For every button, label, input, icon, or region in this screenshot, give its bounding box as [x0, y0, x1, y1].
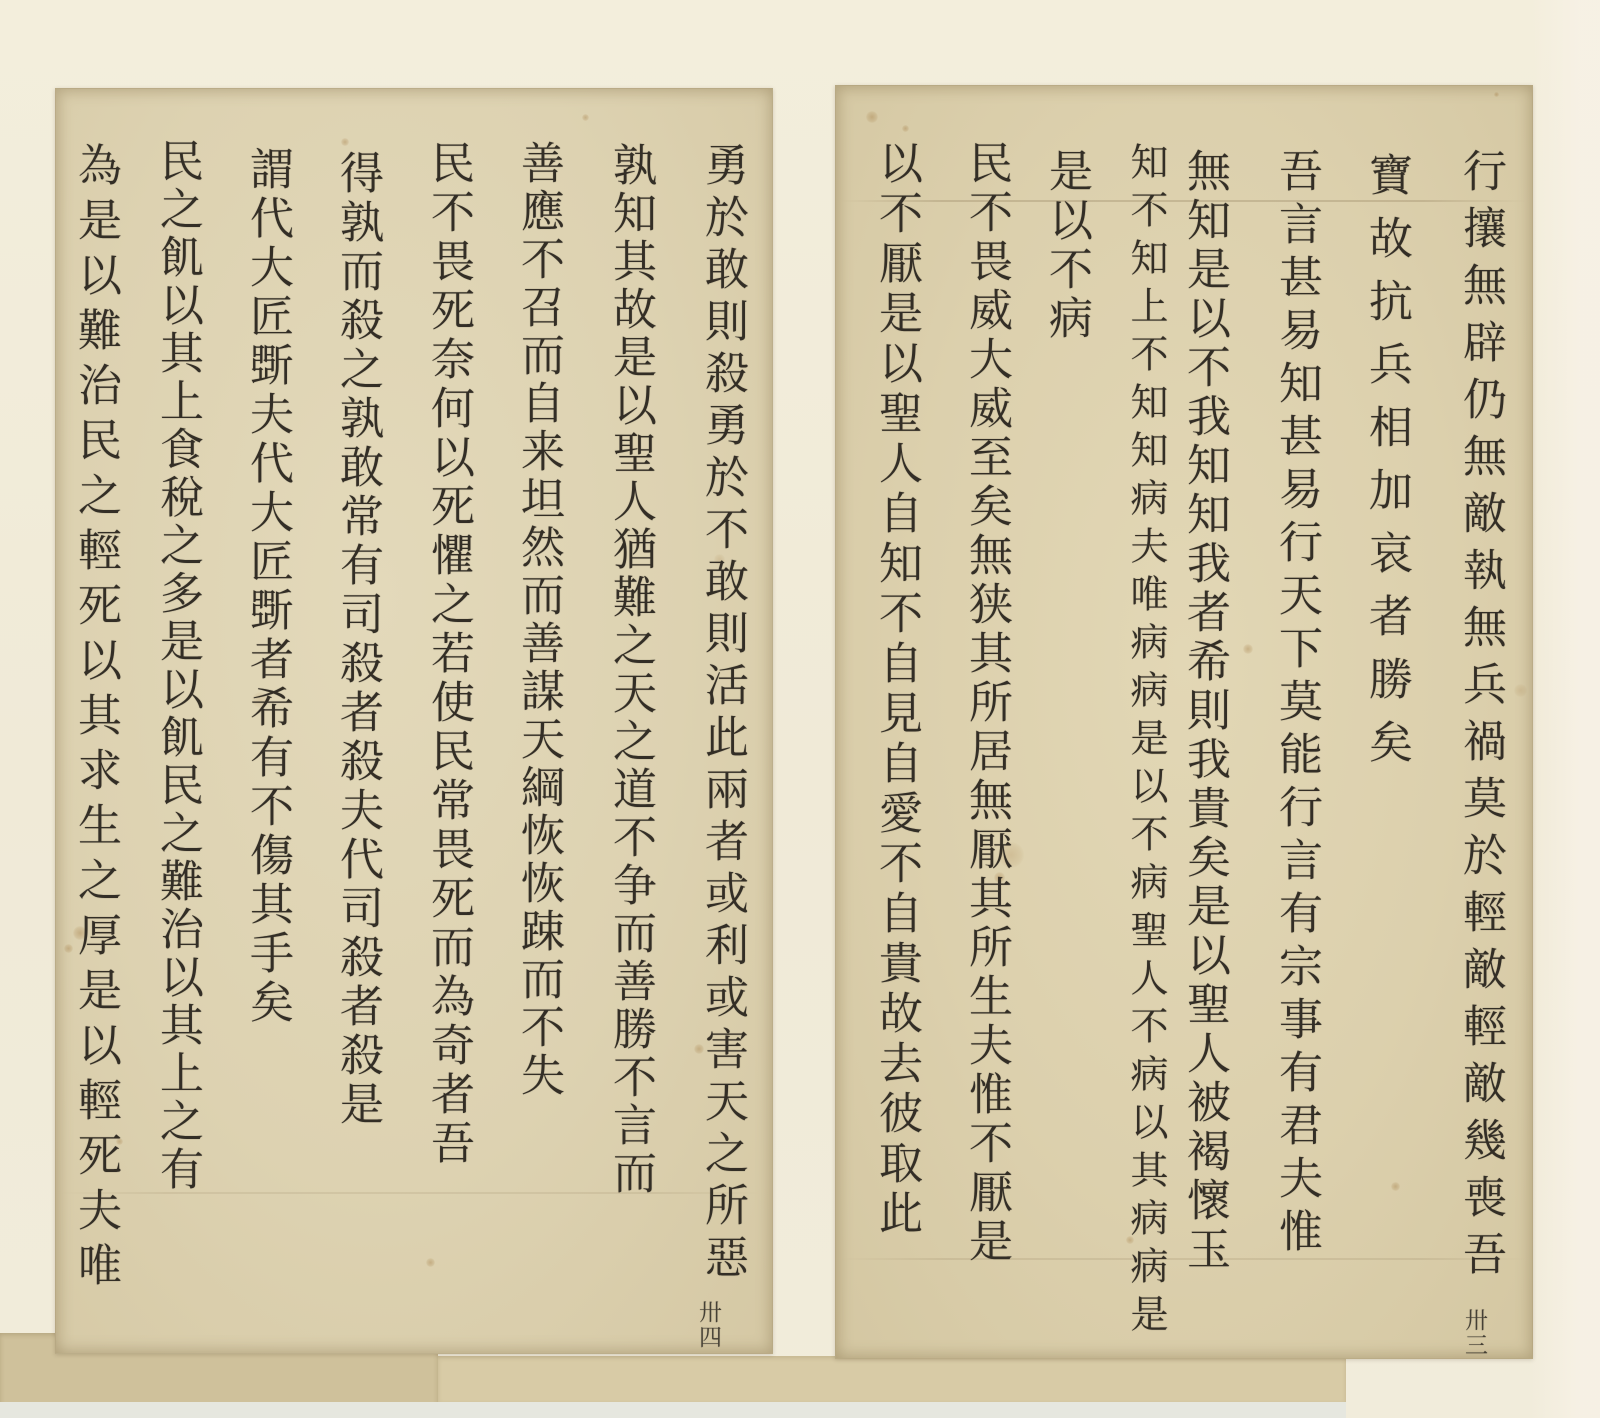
text-column: 知不知上不知知病夫唯病病是以不病聖人不病以其病病是 — [1127, 142, 1165, 1342]
text-column: 得孰而殺之孰敢常有司殺者殺夫代司殺者殺是 — [335, 150, 379, 1130]
text-column: 以不厭是以聖人自知不自見自愛不自貴故去彼取此 — [874, 140, 918, 1240]
text-column: 孰知其故是以聖人猶難之天之道不争而善勝不言而 — [608, 142, 652, 1198]
page-number: 卅四 — [696, 1300, 719, 1350]
mat-background — [1530, 0, 1600, 1418]
manuscript-photo: 行攘無辟仍無敵執無兵禍莫於輕敵輕敵幾喪吾 寶故抗兵相加哀者勝矣 吾言甚易知甚易行… — [0, 0, 1600, 1418]
text-column: 勇於敢則殺勇於不敢則活此兩者或利或害天之所惡 — [700, 142, 744, 1286]
text-column: 民之飢以其上食稅之多是以飢民之難治以其上之有 — [155, 138, 199, 1194]
page-number: 卅三 — [1462, 1308, 1485, 1358]
text-column: 寶故抗兵相加哀者勝矣 — [1364, 152, 1408, 782]
album-edge-strip — [0, 1402, 1346, 1418]
album-edge-band — [438, 1356, 1346, 1402]
text-column: 善應不召而自来坦然而善謀天綱恢恢踈而不失 — [516, 140, 560, 1100]
text-column: 吾言甚易知甚易行天下莫能行言有宗事有君夫惟 — [1274, 148, 1318, 1261]
text-column: 是以不病 — [1044, 148, 1088, 344]
text-column: 民不畏威大威至矣無狭其所居無厭其所生夫惟不厭是 — [964, 140, 1008, 1267]
text-column: 無知是以不我知知我者希則我貴矣是以聖人被褐懷玉 — [1182, 148, 1226, 1275]
text-column: 謂代大匠斲夫代大匠斲者希有不傷其手矣 — [245, 146, 289, 1028]
text-column: 行攘無辟仍無敵執無兵禍莫於輕敵輕敵幾喪吾 — [1458, 148, 1502, 1288]
text-column: 民不畏死奈何以死懼之若使民常畏死而為奇者吾 — [426, 140, 470, 1169]
text-column: 為是以難治民之輕死以其求生之厚是以輕死夫唯 — [73, 142, 117, 1297]
